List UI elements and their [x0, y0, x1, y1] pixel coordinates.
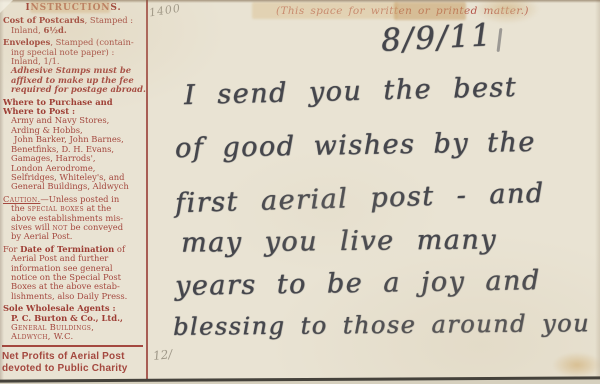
handwritten-message: I send you the bestof good wishes by the… [0, 0, 600, 384]
handwriting-line: first aerial post - and [175, 178, 545, 219]
pencil-mark-bottom: 12/ [152, 347, 173, 363]
handwriting-line: of good wishes by the [175, 127, 536, 164]
postcard: INSTRUCTIONS. Cost of Postcards, Stamped… [0, 0, 600, 384]
handwriting-line: years to be a joy and [175, 265, 541, 302]
handwriting-line: blessing to those around you [173, 309, 590, 341]
handwriting-line: I send you the best [184, 72, 518, 111]
handwriting-line: may you live many [181, 224, 497, 258]
bent-corner [0, 0, 13, 13]
